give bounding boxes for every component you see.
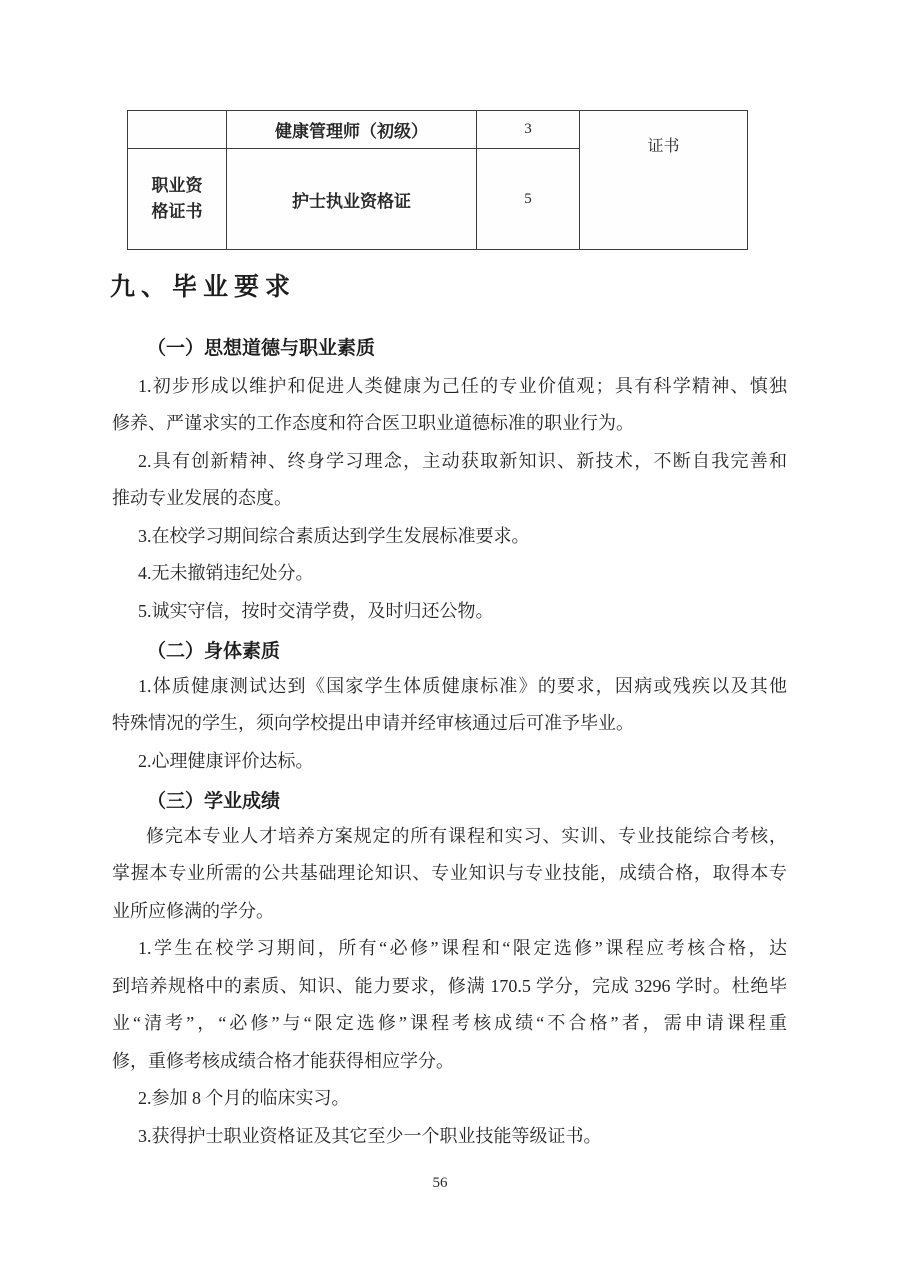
table-cell-cert-name-2: 护士执业资格证 [226, 148, 476, 249]
certificate-table: 健康管理师（初级） 3 证书 职业资 格证书 护士执业资格证 5 [127, 110, 748, 250]
qualification-line-1: 职业资 [152, 173, 203, 199]
body-line: 5.诚实守信，按时交清学费，及时归还公物。 [138, 600, 494, 622]
body-line: 掌握本专业所需的公共基础理论知识、专业知识与专业技能，成绩合格，取得本专 [112, 862, 787, 884]
body-line: 1.学生在校学习期间，所有“必修”课程和“限定选修”课程应考核合格，达 [138, 937, 787, 959]
section-title-1: （一）思想道德与职业素质 [147, 333, 375, 360]
chapter-heading: 九、毕业要求 [110, 267, 296, 303]
body-line: 修，重修考核成绩合格才能获得相应学分。 [112, 1050, 454, 1072]
body-line: 3.获得护士职业资格证及其它至少一个职业技能等级证书。 [138, 1125, 602, 1147]
table-cell-cert-value-2: 5 [476, 148, 579, 249]
body-line: 2.具有创新精神、终身学习理念，主动获取新知识、新技术，不断自我完善和 [138, 450, 787, 472]
body-line: 3.在校学习期间综合素质达到学生发展标准要求。 [138, 525, 530, 547]
section-title-3: （三）学业成绩 [147, 786, 280, 813]
body-line: 推动专业发展的态度。 [112, 487, 292, 509]
body-line: 2.心理健康评价达标。 [138, 750, 314, 772]
body-line: 业“清考”，“必修”与“限定选修”课程考核成绩“不合格”者，需申请课程重 [112, 1012, 787, 1034]
body-line: 1.体质健康测试达到《国家学生体质健康标准》的要求，因病或残疾以及其他 [138, 675, 787, 697]
page-number: 56 [0, 1175, 880, 1192]
table-cell-empty [128, 111, 226, 148]
body-line: 修完本专业人才培养方案规定的所有课程和实习、实训、专业技能综合考核， [146, 825, 787, 847]
qualification-line-2: 格证书 [152, 199, 203, 225]
document-page: 健康管理师（初级） 3 证书 职业资 格证书 护士执业资格证 5 九、毕业要求 … [0, 0, 900, 1272]
body-line: 业所应修满的学分。 [112, 900, 274, 922]
table-cell-cert-type: 证书 [579, 111, 747, 249]
body-line: 2.参加 8 个月的临床实习。 [138, 1087, 350, 1109]
section-title-2: （二）身体素质 [147, 636, 280, 663]
body-line: 4.无未撤销违纪处分。 [138, 562, 314, 584]
body-line: 特殊情况的学生，须向学校提出申请并经审核通过后可准予毕业。 [112, 712, 634, 734]
body-line: 到培养规格中的素质、知识、能力要求，修满 170.5 学分，完成 3296 学时… [112, 975, 787, 997]
body-line: 1.初步形成以维护和促进人类健康为己任的专业价值观；具有科学精神、慎独 [138, 375, 787, 397]
table-cell-cert-value-1: 3 [476, 111, 579, 148]
table-cell-cert-name-1: 健康管理师（初级） [226, 111, 476, 148]
body-line: 修养、严谨求实的工作态度和符合医卫职业道德标准的职业行为。 [112, 412, 634, 434]
table-cell-qualification-category: 职业资 格证书 [128, 148, 226, 249]
